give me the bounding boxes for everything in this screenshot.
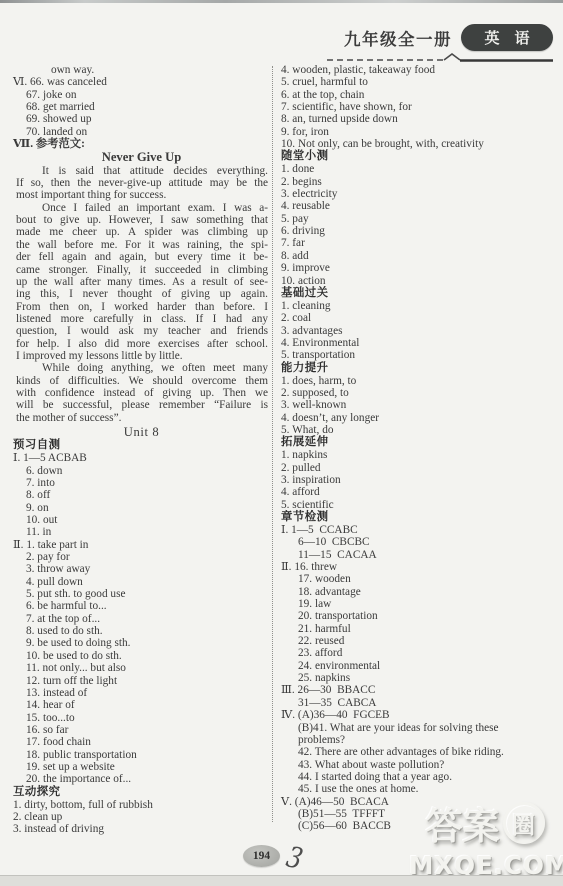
answer-line: 2. pulled (281, 462, 555, 474)
answer-line: 25. napkins (298, 672, 555, 684)
answer-line: 68. get married (26, 101, 270, 113)
page-number: 194 (253, 850, 270, 862)
answer-line: 20. transportation (298, 610, 555, 622)
answer-line: 4. reusable (281, 200, 555, 212)
answer-line: 10. be used to do sth. (26, 650, 270, 662)
answer-line: problems? (298, 734, 555, 746)
answer-line: up the wall after many times. As a resul… (16, 276, 268, 288)
answer-line: 2. clean up (13, 811, 270, 823)
answer-line: While doing anything, we often meet many (16, 362, 268, 374)
answer-line: 5. scientific (281, 499, 555, 511)
answer-line: 1. napkins (281, 449, 555, 461)
answer-line: 11. in (26, 526, 270, 538)
answer-line: Ⅱ. 1. take part in (13, 539, 270, 551)
answer-line: 44. I started doing that a year ago. (298, 771, 555, 783)
answer-line: 45. I use the ones at home. (298, 783, 555, 795)
answer-line: If so, then the never-give-up attitude m… (16, 177, 268, 189)
answer-line: Ⅱ. 16. threw (281, 561, 555, 573)
answer-line: 3. instead of driving (13, 823, 270, 835)
answer-line: 4. doesn’t, any longer (281, 412, 555, 424)
answer-line: 预习自测 (13, 439, 270, 452)
answer-line: 4. Environmental (281, 337, 555, 349)
edition-label: 九年级全一册 (344, 26, 452, 50)
answer-line: 6. driving (281, 225, 555, 237)
answer-line: 3. well-known (281, 399, 555, 411)
answer-line: bout to give up. However, I saw somethin… (16, 214, 268, 226)
answer-line: 11. not only... but also (26, 662, 270, 674)
answer-line: It is said that attitude decides everyth… (16, 165, 268, 177)
answer-line: the mother of success”. (16, 412, 268, 424)
answer-line: 31—35 CABCA (298, 697, 555, 709)
answer-line: 章节检测 (281, 511, 555, 524)
answer-line: made me cheer up. A spider was climbing … (16, 226, 268, 238)
answer-line: 23. afford (298, 647, 555, 659)
answer-line: Unit 8 (13, 426, 270, 438)
answer-line: 7. at the top of... (26, 613, 270, 625)
answer-line: Ⅶ. 参考范文: (13, 138, 270, 150)
answer-line: 基础过关 (281, 287, 555, 300)
answer-line: came stronger. Finally, it succeeded in … (16, 264, 268, 276)
answer-line: 3. electricity (281, 188, 555, 200)
answer-line: 10. out (26, 514, 270, 526)
answer-line: 10. Not only, can be brought, with, crea… (281, 138, 555, 150)
answer-line: 1. does, harm, to (281, 375, 555, 387)
answer-line: 5. What, do (281, 424, 555, 436)
answer-line: the wall before me. For it was raining, … (16, 239, 268, 251)
answer-line: question, I would ask my teacher and fri… (16, 325, 268, 337)
answer-line: 6—10 CBCBC (298, 536, 555, 548)
answer-line: 20. the importance of... (26, 773, 270, 785)
answer-line: will be successful, please remember “Fai… (16, 399, 268, 411)
page-number-badge: 194 (243, 845, 280, 867)
answer-line: kinds of difficulties. We should overcom… (16, 375, 268, 387)
answer-line: 4. pull down (26, 576, 270, 588)
answer-line: 5. transportation (281, 349, 555, 361)
answer-site-watermark: 答案 圈 MXQE.COM (409, 796, 561, 880)
answer-line: 3. advantages (281, 325, 555, 337)
answer-line: 8. used to do sth. (26, 625, 270, 637)
answer-line: 拓展延伸 (281, 436, 555, 449)
scanned-answer-page: 九年级全一册 英 语 own way.Ⅵ. 66. was canceled67… (0, 0, 563, 886)
answer-line: 互动探究 (13, 786, 270, 799)
answer-line: 22. reused (298, 635, 555, 647)
answer-line: 12. turn off the light (26, 675, 270, 687)
answer-line: 42. There are other advantages of bike r… (298, 746, 555, 758)
answer-line: 1. done (281, 163, 555, 175)
page-header: 九年级全一册 英 语 (323, 24, 553, 51)
answer-line: Ⅵ. 66. was canceled (13, 76, 270, 88)
answer-line: Never Give Up (13, 151, 270, 163)
scan-top-edge (0, 0, 563, 3)
answer-line: der fell again and again, but every time… (16, 251, 268, 263)
handwritten-mark: 3 (283, 840, 306, 876)
answer-line: Ⅰ. 1—5 CCABC (281, 524, 555, 536)
answer-line: own way. (51, 64, 270, 76)
answer-line: 9. improve (281, 262, 555, 274)
answer-line: 7. far (281, 237, 555, 249)
answer-line: I improved my lessons little by little. (16, 350, 268, 362)
answer-line: 3. inspiration (281, 474, 555, 486)
watermark-cn-text: 答案 (426, 796, 500, 850)
answer-line: 13. instead of (26, 687, 270, 699)
answer-line: 4. wooden, plastic, takeaway food (281, 64, 555, 76)
answer-line: listened more carefully in class. If I h… (16, 313, 268, 325)
answer-line: 4. afford (281, 486, 555, 498)
answer-line: 2. begins (281, 176, 555, 188)
answer-line: 5. cruel, harmful to (281, 76, 555, 88)
answer-line: 16. so far (26, 724, 270, 736)
answer-line: 2. coal (281, 312, 555, 324)
answer-line: 随堂小测 (281, 150, 555, 163)
answer-line: 67. joke on (26, 89, 270, 101)
answer-line: 70. landed on (26, 126, 270, 138)
answer-line: 18. advantage (298, 586, 555, 598)
answer-line: (B)41. What are your ideas for solving t… (298, 722, 555, 734)
answer-line: 10. action (281, 275, 555, 287)
answer-line: 9. for, iron (281, 126, 555, 138)
answer-line: most important thing for success. (16, 189, 268, 201)
answer-line: Ⅳ. (A)36—40 FGCEB (281, 709, 555, 721)
answer-line: 5. put sth. to good use (26, 588, 270, 600)
answer-line: with confidence instead of giving up. Th… (16, 387, 268, 399)
left-column: own way.Ⅵ. 66. was canceled67. joke on68… (13, 64, 270, 836)
answer-line: 14. hear of (26, 699, 270, 711)
answer-line: 1. cleaning (281, 300, 555, 312)
answer-line: 24. environmental (298, 660, 555, 672)
answer-line: 17. food chain (26, 736, 270, 748)
answer-line: 11—15 CACAA (298, 549, 555, 561)
answer-line: 18. public transportation (26, 749, 270, 761)
column-divider (272, 66, 273, 822)
answer-line: 5. pay (281, 213, 555, 225)
answer-line: 7. scientific, have shown, for (281, 101, 555, 113)
answer-line: ing this, I never thought of giving up a… (16, 288, 268, 300)
answer-line: 17. wooden (298, 573, 555, 585)
answer-line: for help. I also did more exercises afte… (16, 338, 268, 350)
answer-line: Once I failed an important exam. I was a… (16, 202, 268, 214)
answer-line: 6. at the top, chain (281, 89, 555, 101)
answer-line: 9. be used to doing sth. (26, 637, 270, 649)
answer-line: 7. into (26, 477, 270, 489)
answer-line: 8. an, turned upside down (281, 113, 555, 125)
answer-line: 21. harmful (298, 623, 555, 635)
subject-badge: 英 语 (461, 24, 553, 51)
answer-line: 3. throw away (26, 563, 270, 575)
right-column: 4. wooden, plastic, takeaway food5. crue… (276, 64, 555, 833)
answer-line: 9. on (26, 502, 270, 514)
answer-line: 6. down (26, 465, 270, 477)
header-underline-decoration (325, 52, 553, 64)
answer-line: 69. showed up (26, 113, 270, 125)
answer-line: 能力提升 (281, 362, 555, 375)
answer-line: From then on, I worked harder than befor… (16, 301, 268, 313)
content-columns: own way.Ⅵ. 66. was canceled67. joke on68… (13, 64, 555, 836)
answer-line: 15. too...to (26, 712, 270, 724)
answer-line: Ⅲ. 26—30 BBACC (281, 684, 555, 696)
answer-line: 8. off (26, 489, 270, 501)
answer-line: 43. What about waste pollution? (298, 759, 555, 771)
answer-line: 8. add (281, 250, 555, 262)
answer-line: 19. law (298, 598, 555, 610)
answer-line: 6. be harmful to... (26, 600, 270, 612)
answer-line: 19. set up a website (26, 761, 270, 773)
answer-line: 2. supposed, to (281, 387, 555, 399)
answer-line: 2. pay for (26, 551, 270, 563)
answer-line: 1. dirty, bottom, full of rubbish (13, 799, 270, 811)
answer-line: Ⅰ. 1—5 ACBAB (13, 452, 270, 464)
watermark-circled-char: 圈 (503, 802, 545, 844)
scan-bottom-edge (0, 875, 563, 886)
